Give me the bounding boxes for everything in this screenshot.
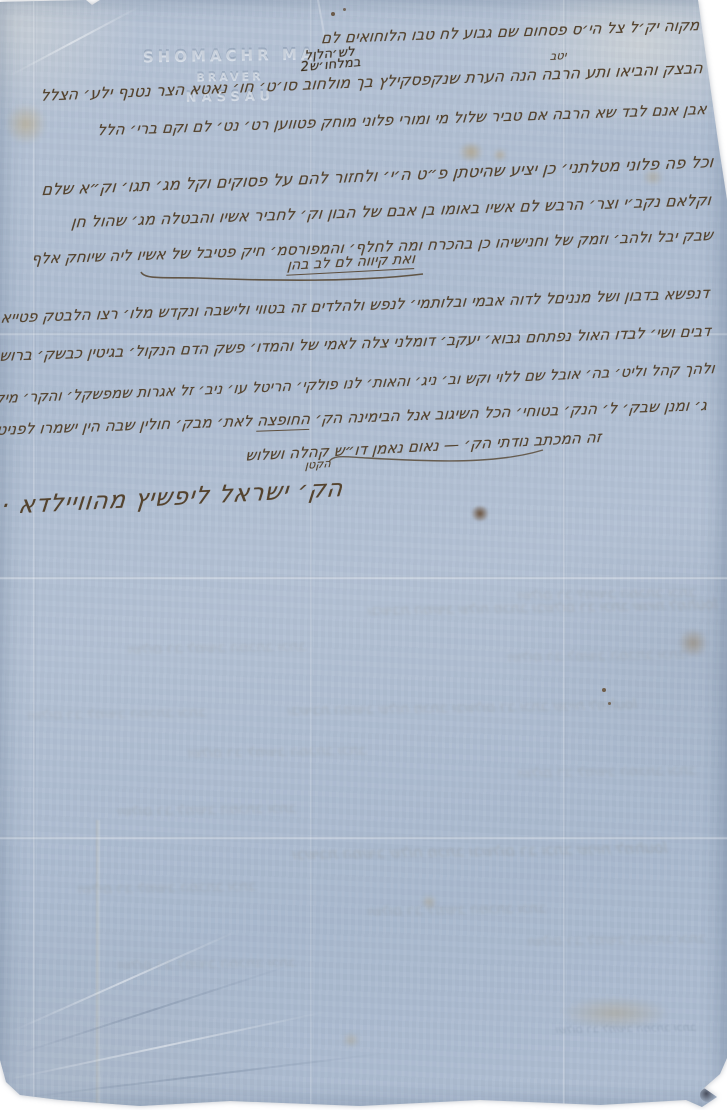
ghost-text-line: ושלום רב למשיב המכתב וכתב	[518, 762, 697, 781]
speck	[331, 12, 335, 16]
handwritten-superscript: יטב	[550, 50, 568, 62]
stain	[340, 1034, 362, 1046]
horizontal-fold-crease	[0, 576, 727, 580]
handwritten-line: ג׳ ומנן שבק׳ ל׳ הנק׳ בטוחי׳ הכל השיגוב א…	[0, 398, 708, 442]
handwritten-underlined-insert: ואת קיווה לם לב בהן	[286, 252, 415, 273]
wrinkle-line	[8, 5, 141, 77]
ghost-text-line: ושלום רב למשיב המכתב וכתב	[128, 638, 307, 657]
stain	[492, 150, 508, 160]
embossed-line: BRAVER	[118, 68, 342, 85]
handwritten-line: דנפשא בדבון ושל מנניםל לדוה אבמי ובלותמי…	[0, 286, 710, 328]
vertical-fold-crease-stained	[96, 820, 100, 1110]
stain	[640, 170, 666, 184]
wrinkle-line	[10, 929, 239, 1033]
stain	[560, 996, 670, 1030]
vertical-fold-crease	[33, 0, 36, 1110]
stain	[4, 104, 48, 144]
handwritten-line: אבן אנם לבד שא הרבה אם טביר שלול מי ומור…	[97, 102, 708, 139]
handwritten-line: הבצק והביאו ותע הרבה הנה הערת שנקפסקילץ …	[40, 60, 704, 104]
handwritten-line: שבק יבל ולהב׳ וזמק של וחנישיהו כן בהכרח …	[31, 228, 714, 268]
handwritten-line: ולהך קהל וליט׳ בה׳ אובל שם ללוי וקש וב׳ …	[0, 362, 716, 414]
handwritten-correction-blob: לש׳הלןל במלחו׳ש2	[299, 46, 361, 73]
stain	[456, 144, 486, 160]
handwritten-word-small: הקטן	[305, 458, 332, 471]
ghost-text-line: ושלום רב למשיב המכתב וכתב	[528, 930, 707, 949]
handwritten-line: מקוה יק׳ל צל הי׳ס פסחום שם גבוע לח טבו ה…	[320, 18, 700, 47]
ghost-text-line: ובשיבת המשיב שלוח מכתב ובשלום רב וכתב שנ…	[367, 597, 717, 619]
ghost-text-line: ובשיבת המשיב שלוח מכתב ובשלום רב וכתב שנ…	[292, 839, 667, 864]
underlined-text: ואת קיווה לם לב בהן	[286, 251, 416, 276]
embossed-line: NASSAU	[118, 87, 342, 106]
stain	[420, 896, 438, 908]
speck	[602, 688, 606, 692]
handwritten-line: במלחו׳ש2	[300, 57, 361, 73]
vertical-fold-crease	[310, 0, 313, 1110]
wrinkle-line	[11, 1052, 388, 1100]
horizontal-fold-crease	[0, 836, 727, 840]
wrinkle-line	[307, 0, 333, 80]
wrinkle-line	[3, 1011, 326, 1082]
handwritten-line: דבים ושי׳ לבדו האול נפתחם גבוא׳ יעקב׳ דו…	[0, 324, 712, 368]
ghost-text-line: ושלום רב למשיב המכתב וכתב	[188, 742, 367, 761]
handwritten-line: וקלאם נקב׳י וצר׳ הרבש לם אשיו באומו בן א…	[70, 192, 712, 231]
closing-swash	[327, 446, 547, 468]
horizontal-fold-crease	[0, 332, 727, 336]
ghost-text-line: ושלום רב למשיב המכתב וכתב	[78, 878, 257, 897]
ink-stain-spot	[470, 506, 490, 521]
blue-paper-sheet: SHOMACHR MA BRAVER NASSAU ושלום רב למשיב…	[0, 0, 727, 1110]
paper-texture	[0, 0, 727, 1110]
ghost-text-line: ושלום רב למשיב המכתב וכתב	[518, 584, 697, 603]
ghost-text-line: ושלום רב למשיב המכתב וכתב	[28, 704, 207, 723]
signature: הק׳ ישראל ליפשיץ מהוויילדא ·	[0, 476, 345, 519]
line-text: ג׳ ומנן שבק׳ ל׳ הנק׳ בטוחי׳ הכל השיגוב א…	[309, 396, 708, 428]
wrinkle-line	[7, 964, 293, 1059]
vertical-fold-crease	[563, 0, 566, 1110]
ghost-text-line: ובשיבת המשיב שלוח מכתב ובשלום רב וכתב שנ…	[287, 697, 637, 719]
speck	[343, 8, 346, 11]
handwritten-line: לש׳הלןל	[299, 46, 360, 62]
ghost-text-line: ושלום רב למשיב המכתב וכתב	[118, 800, 297, 819]
letter-scan: SHOMACHR MA BRAVER NASSAU ושלום רב למשיב…	[0, 0, 727, 1110]
underlined-word: החופצה	[256, 410, 311, 432]
embossed-line: SHOMACHR MA	[118, 44, 342, 66]
ghost-text-line: ושלום רב למשיב המכתב וכתב	[118, 954, 297, 973]
line-text: לאת׳ מבק׳ חולין שבה הין ישמרו לפניטרן — …	[0, 412, 258, 443]
ghost-text-line: ושלום רב למשיב המכתב וכתב	[368, 900, 547, 919]
handwritten-line: וכל פה פלוני מטלתני׳ כן יציע שהיטתן פ״ט …	[40, 154, 714, 199]
ghost-text-line: ושלום רב למשיב המכתב וכתב	[556, 1021, 697, 1036]
corner-notch-shadow	[700, 1088, 716, 1102]
stain	[676, 630, 710, 656]
embossed-letterhead: SHOMACHR MA BRAVER NASSAU	[118, 44, 343, 106]
speck	[608, 702, 611, 705]
ghost-text-line: ושלום רב למשיב המכתב וכתב	[508, 646, 687, 665]
handwritten-closing-line: זה המכתב נודתי הק׳ — נאום נאמן דו״ש קהלה…	[244, 430, 601, 464]
underline-swash	[137, 266, 427, 292]
paper-edge-shading	[0, 0, 727, 1110]
scanned-letter-page: { "scan": { "background_color": "#ffffff…	[0, 0, 727, 1110]
